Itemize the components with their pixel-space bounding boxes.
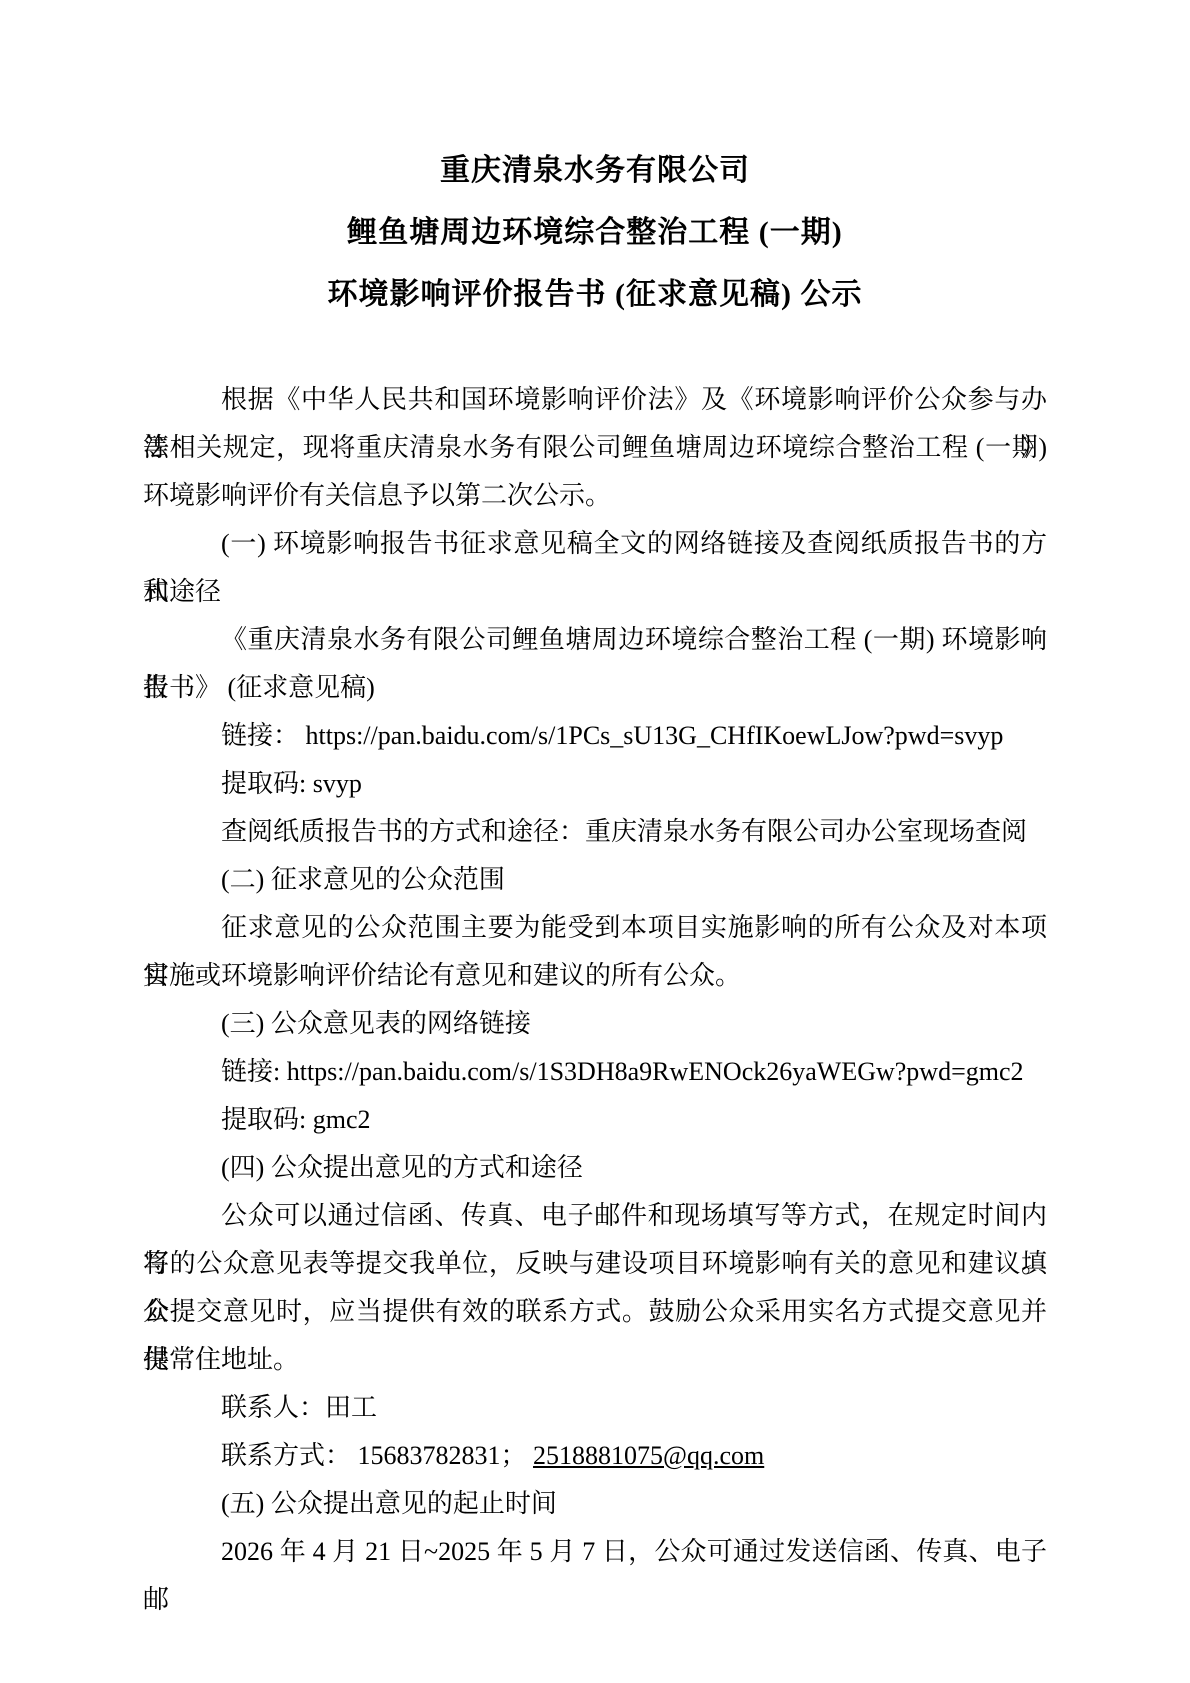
document-title: 重庆清泉水务有限公司 鲤鱼塘周边环境综合整治工程 (一期) 环境影响评价报告书 … (0, 140, 1190, 326)
text-run: 提取码: gmc2 (221, 1105, 371, 1134)
text-line: 查阅纸质报告书的方式和途径：重庆清泉水务有限公司办公室现场查阅 (143, 808, 1047, 856)
text-line: 和途径 (143, 568, 1047, 616)
text-line: 写的公众意见表等提交我单位，反映与建设项目环境影响有关的意见和建议。公 (143, 1240, 1047, 1288)
document-page: 重庆清泉水务有限公司 鲤鱼塘周边环境综合整治工程 (一期) 环境影响评价报告书 … (0, 0, 1190, 1683)
text-run: 联系人：田工 (221, 1393, 377, 1422)
text-run: 环境影响评价有关信息予以第二次公示。 (143, 481, 611, 510)
text-line: 根据《中华人民共和国环境影响评价法》及《环境影响评价公众参与办法》 (143, 376, 1047, 424)
text-line: 联系方式： 15683782831； 2518881075@qq.com (143, 1432, 1047, 1480)
text-run: 供常住地址。 (143, 1345, 299, 1374)
text-run: 实施或环境影响评价结论有意见和建议的所有公众。 (143, 961, 741, 990)
text-run: 提取码: svyp (221, 769, 362, 798)
text-line: 提取码: gmc2 (143, 1096, 1047, 1144)
text-run: 告书》 (征求意见稿) (143, 673, 375, 702)
text-line: 征求意见的公众范围主要为能受到本项目实施影响的所有公众及对本项目 (143, 904, 1047, 952)
text-line: 告书》 (征求意见稿) (143, 664, 1047, 712)
text-line: 众提交意见时，应当提供有效的联系方式。鼓励公众采用实名方式提交意见并提 (143, 1288, 1047, 1336)
text-run: 联系方式： 15683782831； (221, 1441, 533, 1470)
text-run: (五) 公众提出意见的起止时间 (221, 1489, 557, 1518)
document-title-line-1: 重庆清泉水务有限公司 (0, 140, 1190, 202)
text-line: (二) 征求意见的公众范围 (143, 856, 1047, 904)
text-line: 等相关规定，现将重庆清泉水务有限公司鲤鱼塘周边环境综合整治工程 (一期) (143, 424, 1047, 472)
text-run: 链接： https://pan.baidu.com/s/1PCs_sU13G_C… (221, 721, 1003, 750)
text-line: 实施或环境影响评价结论有意见和建议的所有公众。 (143, 952, 1047, 1000)
text-run: (三) 公众意见表的网络链接 (221, 1009, 531, 1038)
text-run: 等相关规定，现将重庆清泉水务有限公司鲤鱼塘周边环境综合整治工程 (一期) (143, 433, 1047, 462)
document-title-line-3: 环境影响评价报告书 (征求意见稿) 公示 (0, 264, 1190, 326)
text-line: 联系人：田工 (143, 1384, 1047, 1432)
text-line: (一) 环境影响报告书征求意见稿全文的网络链接及查阅纸质报告书的方式 (143, 520, 1047, 568)
text-line: 供常住地址。 (143, 1336, 1047, 1384)
text-run: 链接: https://pan.baidu.com/s/1S3DH8a9RwEN… (221, 1057, 1024, 1086)
text-line: (三) 公众意见表的网络链接 (143, 1000, 1047, 1048)
text-line: 2026 年 4 月 21 日~2025 年 5 月 7 日，公众可通过发送信函… (143, 1528, 1047, 1576)
text-run: 查阅纸质报告书的方式和途径：重庆清泉水务有限公司办公室现场查阅 (221, 817, 1027, 846)
text-line: 提取码: svyp (143, 760, 1047, 808)
text-line: 链接： https://pan.baidu.com/s/1PCs_sU13G_C… (143, 712, 1047, 760)
text-run: (二) 征求意见的公众范围 (221, 865, 505, 894)
text-line: (五) 公众提出意见的起止时间 (143, 1480, 1047, 1528)
text-run: 和途径 (143, 577, 221, 606)
text-run: (四) 公众提出意见的方式和途径 (221, 1153, 583, 1182)
text-line: 环境影响评价有关信息予以第二次公示。 (143, 472, 1047, 520)
text-run: 2026 年 4 月 21 日~2025 年 5 月 7 日，公众可通过发送信函… (143, 1537, 1047, 1614)
document-title-line-2: 鲤鱼塘周边环境综合整治工程 (一期) (0, 202, 1190, 264)
email-link[interactable]: 2518881075@qq.com (533, 1441, 764, 1470)
text-line: 链接: https://pan.baidu.com/s/1S3DH8a9RwEN… (143, 1048, 1047, 1096)
text-line: 公众可以通过信函、传真、电子邮件和现场填写等方式，在规定时间内将填 (143, 1192, 1047, 1240)
document-body: 根据《中华人民共和国环境影响评价法》及《环境影响评价公众参与办法》等相关规定，现… (143, 376, 1047, 1576)
text-line: (四) 公众提出意见的方式和途径 (143, 1144, 1047, 1192)
text-line: 《重庆清泉水务有限公司鲤鱼塘周边环境综合整治工程 (一期) 环境影响报 (143, 616, 1047, 664)
